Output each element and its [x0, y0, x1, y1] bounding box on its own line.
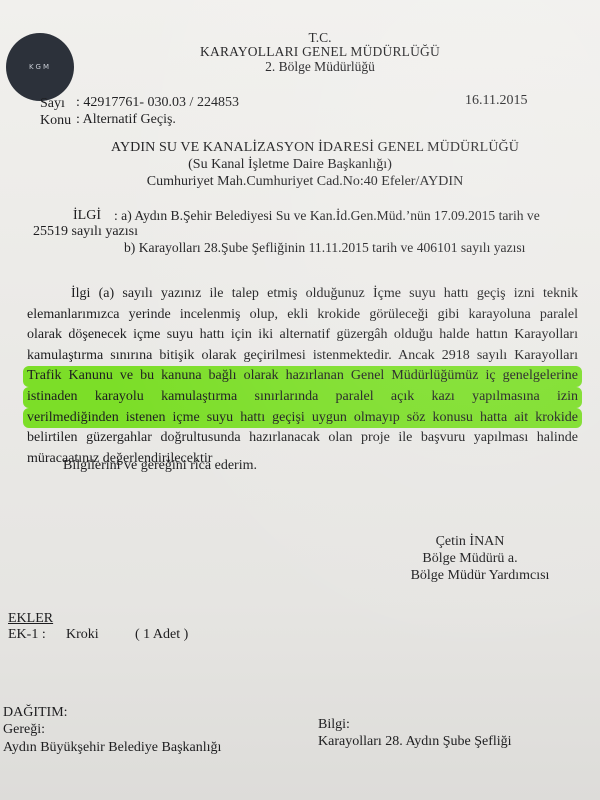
signatory-name: Çetin İNAN	[380, 534, 560, 550]
recipient-address: Cumhuriyet Mah.Cumhuriyet Cad.No:40 Efel…	[90, 174, 520, 190]
closing-sentence: Bilgilerini ve gereğini rica ederim.	[63, 458, 257, 474]
recipient-dept: (Su Kanal İşletme Daire Başkanlığı)	[90, 157, 490, 173]
letterhead-unit: 2. Bölge Müdürlüğü	[150, 59, 490, 75]
ilgi-b-line: b) Karayolları 28.Şube Şefliğinin 11.11.…	[124, 240, 525, 256]
body-line-highlighted: verilmediğinden istenen içme suyu hattı …	[23, 408, 582, 429]
konu-label: Konu	[40, 113, 71, 129]
logo-text: KGM	[29, 63, 51, 71]
ilgi-a-line1: : a) Aydın B.Şehir Belediyesi Su ve Kan.…	[114, 208, 540, 224]
ilgi-a-line2: 25519 sayılı yazısı	[33, 224, 138, 240]
body-line: kamulaştırma sınırına bitişik olarak geç…	[27, 346, 578, 367]
bilgi-recipient: Karayolları 28. Aydın Şube Şefliği	[318, 734, 512, 750]
attachment-quantity: ( 1 Adet )	[135, 627, 188, 643]
sayi-label: Sayı	[40, 96, 65, 112]
konu-value: : Alternatif Geçiş.	[76, 112, 176, 128]
body-line: elemanlarımızca yerinde incelenmiş olup,…	[27, 305, 578, 326]
body-line: belirtilen güzergahlar doğrultusunda haz…	[27, 428, 578, 449]
document-date: 16.11.2015	[465, 93, 527, 109]
gereği-recipient: Aydın Büyükşehir Belediye Başkanlığı	[3, 740, 221, 756]
ilgi-label: İLGİ	[73, 208, 101, 224]
attachment-name: Kroki	[66, 627, 99, 643]
recipient-org: AYDIN SU VE KANALİZASYON İDARESİ GENEL M…	[90, 140, 540, 156]
body-paragraph: İlgi (a) sayılı yazınız ile talep etmiş …	[27, 284, 578, 469]
bilgi-label: Bilgi:	[318, 717, 350, 733]
attachments-heading: EKLER	[8, 611, 53, 627]
body-line-highlighted: istinaden karayolu kamulaştırma sınırlar…	[23, 387, 582, 408]
body-line: olarak döşenecek içme suyu hattı için ik…	[27, 325, 578, 346]
body-line: İlgi (a) sayılı yazınız ile talep etmiş …	[27, 284, 578, 305]
signatory-title: Bölge Müdürü a.	[380, 551, 560, 567]
signatory-subtitle: Bölge Müdür Yardımcısı	[380, 568, 580, 584]
distribution-heading: DAĞITIM:	[3, 705, 68, 721]
attachment-label: EK-1 :	[8, 627, 46, 643]
sayi-value: : 42917761- 030.03 / 224853	[76, 95, 239, 111]
kgm-logo: KGM	[6, 33, 74, 101]
letterhead-org: KARAYOLLARI GENEL MÜDÜRLÜĞÜ	[150, 44, 490, 60]
body-line-highlighted: Trafik Kanunu ve bu kanuna bağlı olarak …	[23, 366, 582, 387]
document-page: KGM T.C. KARAYOLLARI GENEL MÜDÜRLÜĞÜ 2. …	[0, 0, 600, 800]
gereği-label: Gereği:	[3, 722, 45, 738]
